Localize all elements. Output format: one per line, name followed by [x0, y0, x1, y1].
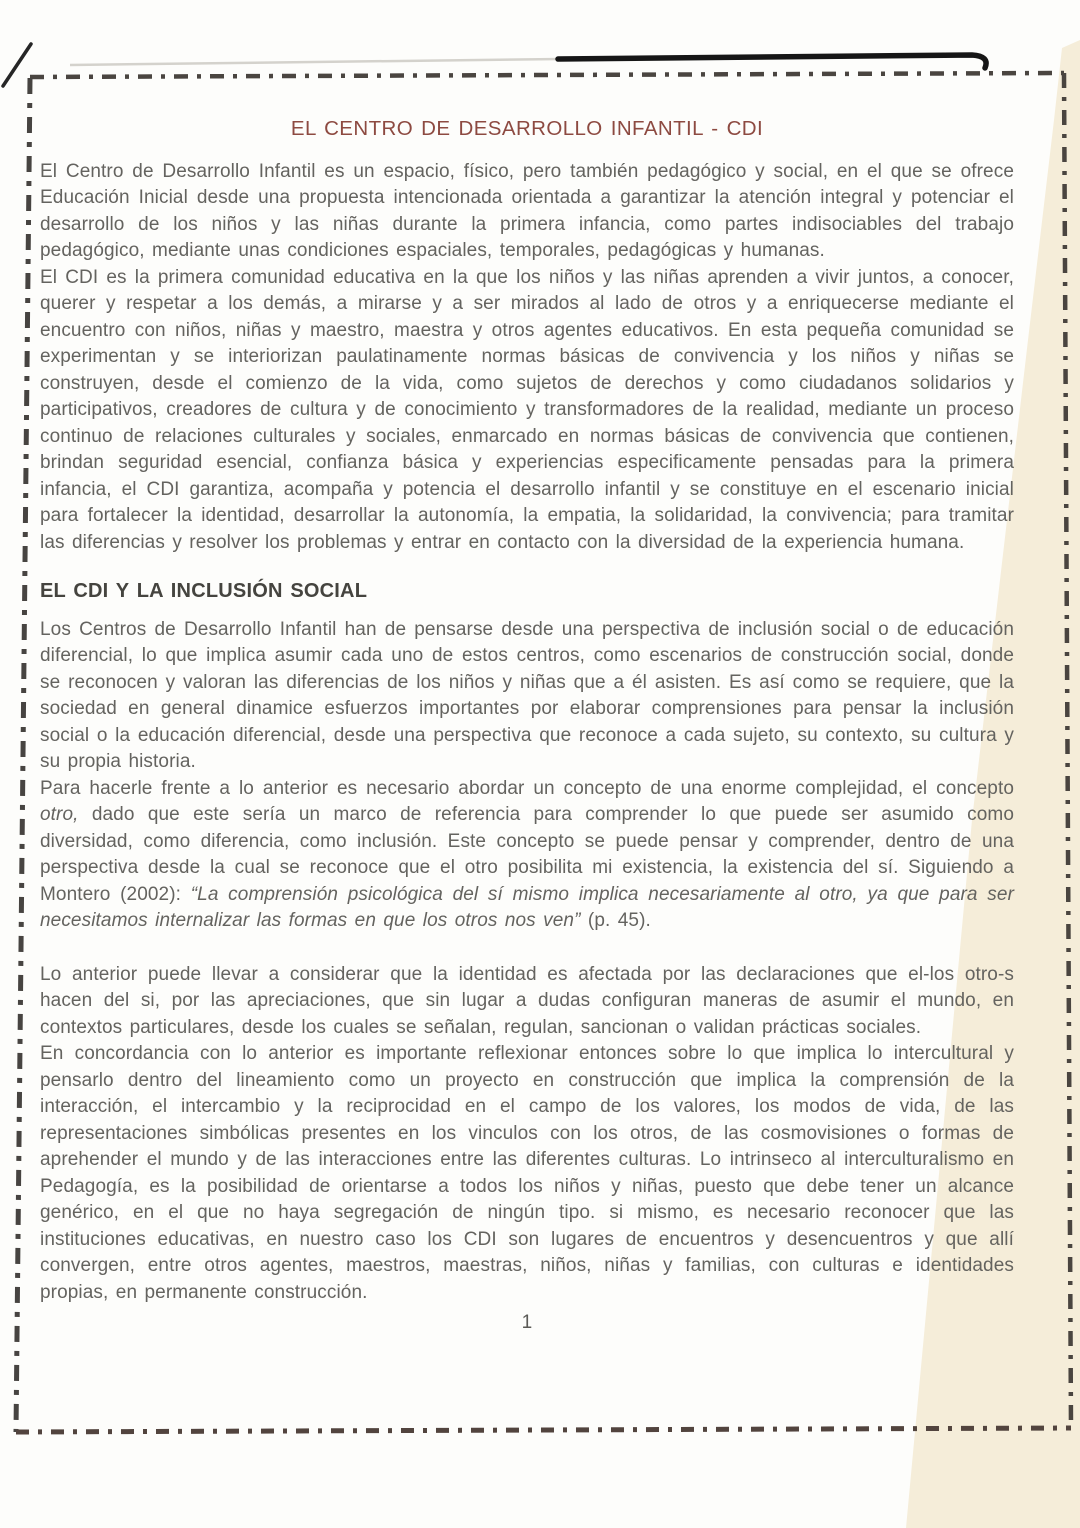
page-number: 1: [40, 1310, 1014, 1337]
concept-text-pre: Para hacerle frente a lo anterior es nec…: [40, 778, 1014, 799]
concept-term-italic: otro,: [40, 804, 79, 825]
dashed-border-left: [16, 78, 30, 1432]
paragraph-intercultural: En concordancia con lo anterior es impor…: [40, 1041, 1014, 1306]
document-title: EL CENTRO DE DESARROLLO INFANTIL - CDI: [40, 116, 1014, 143]
concept-text-post: (p. 45).: [581, 910, 651, 931]
paragraph-identity: Lo anterior puede llevar a considerar qu…: [40, 962, 1014, 1042]
document-content: EL CENTRO DE DESARROLLO INFANTIL - CDI E…: [40, 0, 1014, 1337]
section-heading-inclusion: EL CDI Y LA INCLUSIÓN SOCIAL: [40, 578, 1014, 605]
paragraph-intro-2: El CDI es la primera comunidad educativa…: [40, 265, 1014, 557]
paragraph-intro-1: El Centro de Desarrollo Infantil es un e…: [40, 159, 1014, 265]
scanned-document-page: EL CENTRO DE DESARROLLO INFANTIL - CDI E…: [0, 0, 1080, 1528]
dashed-border-bottom: [16, 1428, 1071, 1432]
handwritten-check-mark: [3, 44, 31, 86]
paragraph-inclusion: Los Centros de Desarrollo Infantil han d…: [40, 617, 1014, 776]
paragraph-concept: Para hacerle frente a lo anterior es nec…: [40, 776, 1014, 935]
